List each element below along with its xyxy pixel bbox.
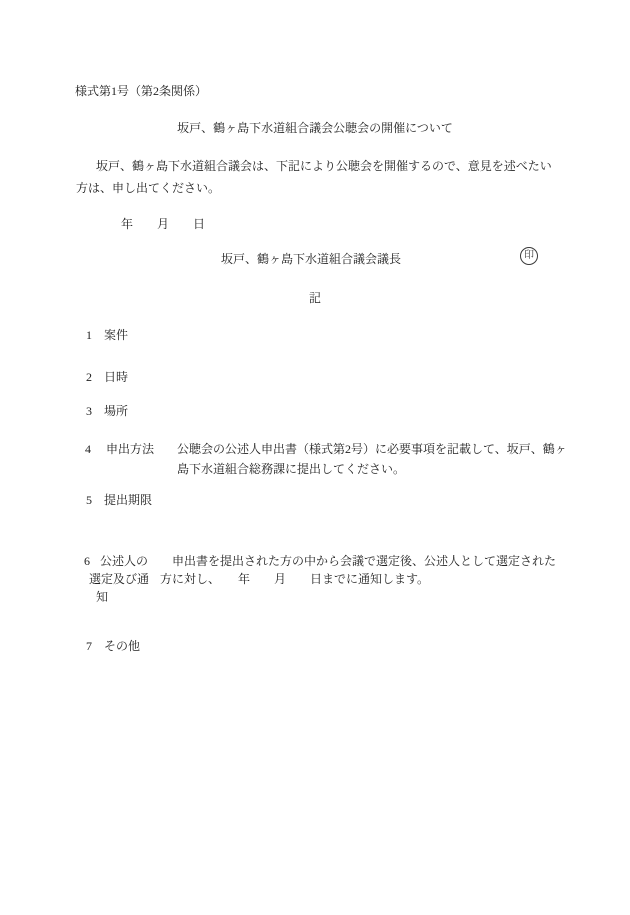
item-1-number: 1 — [86, 327, 92, 343]
item-6-label-line-2: 選定及び通 — [89, 571, 149, 587]
item-6-label-line-3: 知 — [96, 589, 108, 605]
item-2-label: 日時 — [104, 369, 128, 385]
chairman-signature-line: 坂戸、鶴ヶ島下水道組合議会議長 — [221, 251, 401, 267]
item-6-content-line-1: 申出書を提出された方の中から会議で選定後、公述人として選定された — [172, 553, 556, 569]
page-title: 坂戸、鶴ヶ島下水道組合議会公聴会の開催について — [0, 120, 630, 136]
date-blank-line: 年 月 日 — [121, 216, 205, 232]
document-page: 様式第1号（第2条関係） 坂戸、鶴ヶ島下水道組合議会公聴会の開催について 坂戸、… — [0, 0, 630, 915]
item-4-content-line-1: 公聴会の公述人申出書（様式第2号）に必要事項を記載して、坂戸、鶴ヶ — [177, 441, 567, 457]
seal-icon: 印 — [520, 247, 538, 265]
form-number: 様式第1号（第2条関係） — [75, 83, 207, 99]
item-3-number: 3 — [86, 403, 92, 419]
item-3-label: 場所 — [104, 403, 128, 419]
record-marker: 記 — [0, 290, 630, 306]
item-5-label: 提出期限 — [104, 492, 152, 508]
item-4-label: 申出方法 — [106, 441, 154, 457]
item-6-content-line-2: 方に対し、 年 月 日までに通知します。 — [160, 571, 429, 587]
item-6-label-line-1: 公述人の — [100, 553, 148, 569]
item-7-number: 7 — [86, 638, 92, 654]
item-1-label: 案件 — [104, 327, 128, 343]
item-6-number: 6 — [84, 553, 90, 569]
item-5-number: 5 — [86, 492, 92, 508]
item-7-label: その他 — [104, 638, 140, 654]
item-4-content-line-2: 島下水道組合総務課に提出してください。 — [177, 461, 405, 477]
seal-character: 印 — [524, 251, 534, 261]
opening-paragraph-line-2: 方は、申し出てください。 — [76, 180, 220, 196]
item-2-number: 2 — [86, 369, 92, 385]
item-4-number: 4 — [85, 441, 91, 457]
opening-paragraph-line-1: 坂戸、鶴ヶ島下水道組合議会は、下記により公聴会を開催するので、意見を述べたい — [96, 158, 552, 174]
